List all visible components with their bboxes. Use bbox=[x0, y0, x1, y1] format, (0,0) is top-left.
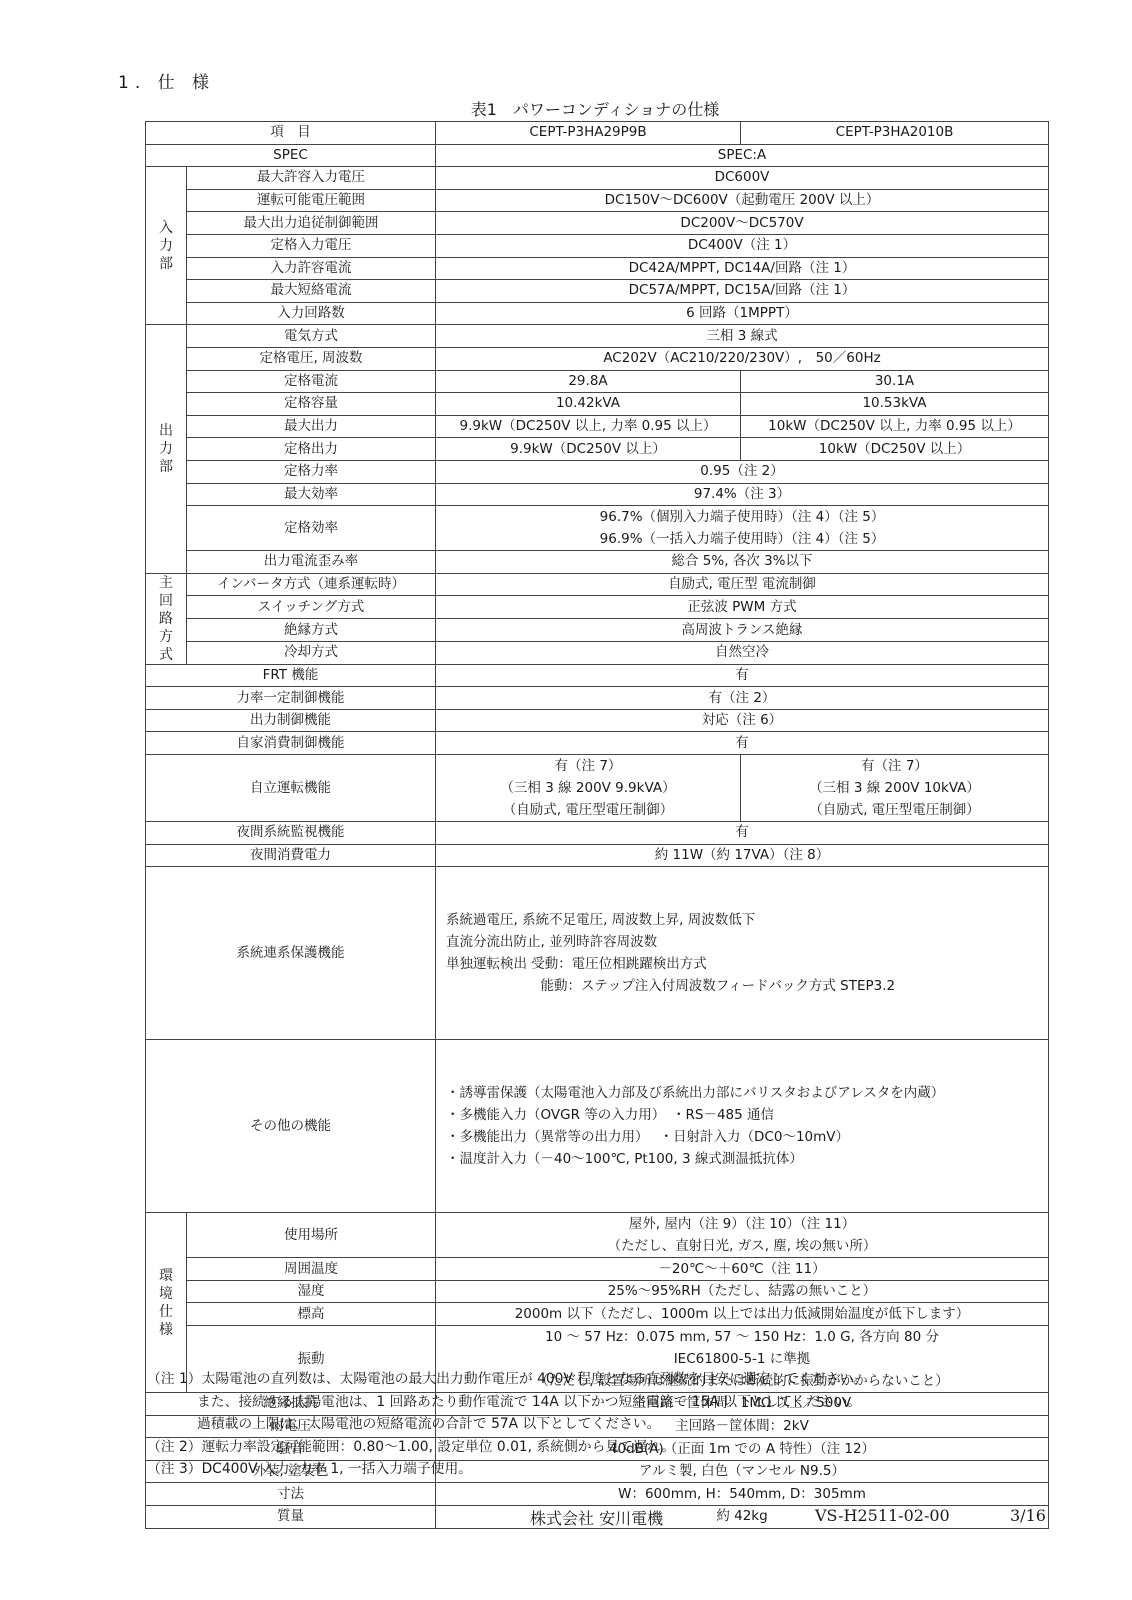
row-value: 2000m 以下（ただし、1000m 以上では出力低減開始温度が低下します） bbox=[436, 1303, 1049, 1326]
table-row: 最大出力追従制御範囲DC200V～DC570V bbox=[146, 212, 1049, 235]
table-row: 系統連系保護機能 系統過電圧, 系統不足電圧, 周波数上昇, 周波数低下直流分流… bbox=[146, 867, 1049, 1040]
table-row: 出力制御機能対応（注 6） bbox=[146, 709, 1049, 732]
row-label: 寸法 bbox=[146, 1483, 436, 1506]
row-value: DC42A/MPPT, DC14A/回路（注 1） bbox=[436, 257, 1049, 280]
notes: （注 1）太陽電池の直列数は、太陽電池の最大出力動作電圧が 400V 程度となる… bbox=[147, 1368, 867, 1481]
footer-company: 株式会社 安川電機 bbox=[530, 1506, 663, 1529]
header-model-b: CEPT-P3HA2010B bbox=[741, 122, 1049, 145]
row-value-b: 10kW（DC250V 以上, 力率 0.95 以上） bbox=[741, 415, 1049, 438]
table-row: 最大出力9.9kW（DC250V 以上, 力率 0.95 以上）10kW（DC2… bbox=[146, 415, 1049, 438]
row-value: DC57A/MPPT, DC15A/回路（注 1） bbox=[436, 280, 1049, 303]
table-row: 入力部 最大許容入力電圧 DC600V bbox=[146, 167, 1049, 190]
table-row: 定格電流29.8A30.1A bbox=[146, 370, 1049, 393]
row-value: DC400V（注 1） bbox=[436, 234, 1049, 257]
row-value: 25%～95%RH（ただし、結露の無いこと） bbox=[436, 1280, 1049, 1303]
row-label: 最大効率 bbox=[187, 483, 436, 506]
table-row: 自家消費制御機能有 bbox=[146, 732, 1049, 755]
table-row: 入力許容電流DC42A/MPPT, DC14A/回路（注 1） bbox=[146, 257, 1049, 280]
table-row: 力率一定制御機能有（注 2） bbox=[146, 687, 1049, 710]
row-value: 高周波トランス絶縁 bbox=[436, 619, 1049, 642]
row-value-a: 29.8A bbox=[436, 370, 741, 393]
row-label: 電気方式 bbox=[187, 325, 436, 348]
table-row: 定格力率0.95（注 2） bbox=[146, 460, 1049, 483]
row-value: 約 11W（約 17VA）（注 8） bbox=[436, 844, 1049, 867]
row-label: 定格容量 bbox=[187, 393, 436, 416]
row-label: 質量 bbox=[146, 1506, 436, 1529]
table-row: 定格出力9.9kW（DC250V 以上）10kW（DC250V 以上） bbox=[146, 438, 1049, 461]
row-label: その他の機能 bbox=[146, 1040, 436, 1213]
row-value: DC600V bbox=[436, 167, 1049, 190]
row-value: 有（注 2） bbox=[436, 687, 1049, 710]
row-value: 総合 5%, 各次 3%以下 bbox=[436, 551, 1049, 574]
row-value: －20℃～＋60℃（注 11） bbox=[436, 1258, 1049, 1281]
row-value: DC200V～DC570V bbox=[436, 212, 1049, 235]
row-value-b: 10kW（DC250V 以上） bbox=[741, 438, 1049, 461]
header-model-a: CEPT-P3HA29P9B bbox=[436, 122, 741, 145]
row-label: 冷却方式 bbox=[187, 641, 436, 664]
table-row: 冷却方式自然空冷 bbox=[146, 641, 1049, 664]
header-item: 項 目 bbox=[146, 122, 436, 145]
row-label: 標高 bbox=[187, 1303, 436, 1326]
row-value-a: 9.9kW（DC250V 以上, 力率 0.95 以上） bbox=[436, 415, 741, 438]
row-value-a: 10.42kVA bbox=[436, 393, 741, 416]
row-value: 自励式, 電圧型 電流制御 bbox=[436, 573, 1049, 596]
row-label: 最大短絡電流 bbox=[187, 280, 436, 303]
row-label: 出力制御機能 bbox=[146, 709, 436, 732]
row-label: 定格力率 bbox=[187, 460, 436, 483]
row-label: 入力回路数 bbox=[187, 302, 436, 325]
note-2: （注 2）運転力率設定可能範囲：0.80～1.00, 設定単位 0.01, 系統… bbox=[147, 1436, 867, 1459]
row-value: 6 回路（1MPPT） bbox=[436, 302, 1049, 325]
row-value: 系統過電圧, 系統不足電圧, 周波数上昇, 周波数低下直流分流出防止, 並列時許… bbox=[436, 867, 1049, 1040]
group-label-input: 入力部 bbox=[146, 167, 187, 325]
table-row: 定格電圧, 周波数AC202V（AC210/220/230V）, 50／60Hz bbox=[146, 347, 1049, 370]
row-label: 定格入力電圧 bbox=[187, 234, 436, 257]
row-value-b: 30.1A bbox=[741, 370, 1049, 393]
row-value: 対応（注 6） bbox=[436, 709, 1049, 732]
table-row: 夜間消費電力約 11W（約 17VA）（注 8） bbox=[146, 844, 1049, 867]
footer-doc-number: VS-H2511-02-00 bbox=[815, 1506, 950, 1525]
row-label: 夜間消費電力 bbox=[146, 844, 436, 867]
row-value: 有 bbox=[436, 664, 1049, 687]
row-label: 入力許容電流 bbox=[187, 257, 436, 280]
row-label: FRT 機能 bbox=[146, 664, 436, 687]
table-row: 環境仕様 使用場所 屋外, 屋内（注 9）（注 10）（注 11）（ただし、直射… bbox=[146, 1213, 1049, 1258]
group-label-circuit: 主回路方式 bbox=[146, 573, 187, 664]
table-row: 最大効率97.4%（注 3） bbox=[146, 483, 1049, 506]
row-label: スイッチング方式 bbox=[187, 596, 436, 619]
note-1: （注 1）太陽電池の直列数は、太陽電池の最大出力動作電圧が 400V 程度となる… bbox=[147, 1368, 867, 1391]
table-row: 絶縁方式高周波トランス絶縁 bbox=[146, 619, 1049, 642]
table-row: FRT 機能有 bbox=[146, 664, 1049, 687]
row-value: SPEC:A bbox=[436, 144, 1049, 167]
row-value-a: 9.9kW（DC250V 以上） bbox=[436, 438, 741, 461]
table-caption: 表1 パワーコンディショナの仕様 bbox=[0, 97, 1132, 120]
table-row: その他の機能 ・誘導雷保護（太陽電池入力部及び系統出力部にバリスタおよびアレスタ… bbox=[146, 1040, 1049, 1213]
table-row: 湿度25%～95%RH（ただし、結露の無いこと） bbox=[146, 1280, 1049, 1303]
row-label: 定格効率 bbox=[187, 506, 436, 551]
row-label: 自立運転機能 bbox=[146, 755, 436, 822]
table-row: 標高2000m 以下（ただし、1000m 以上では出力低減開始温度が低下します） bbox=[146, 1303, 1049, 1326]
row-value: 97.4%（注 3） bbox=[436, 483, 1049, 506]
row-label: 定格電流 bbox=[187, 370, 436, 393]
table-header-row: 項 目 CEPT-P3HA29P9B CEPT-P3HA2010B bbox=[146, 122, 1049, 145]
row-value: 約 42kg bbox=[436, 1506, 1049, 1529]
footer-page-number: 3/16 bbox=[1010, 1506, 1046, 1525]
row-value: 屋外, 屋内（注 9）（注 10）（注 11）（ただし、直射日光, ガス, 塵,… bbox=[436, 1213, 1049, 1258]
table-row: SPEC SPEC:A bbox=[146, 144, 1049, 167]
group-label-env: 環境仕様 bbox=[146, 1213, 187, 1393]
row-value: 三相 3 線式 bbox=[436, 325, 1049, 348]
table-row: 自立運転機能 有（注 7）（三相 3 線 200V 9.9kVA）（自励式, 電… bbox=[146, 755, 1049, 822]
table-row: 出力電流歪み率総合 5%, 各次 3%以下 bbox=[146, 551, 1049, 574]
row-value: 0.95（注 2） bbox=[436, 460, 1049, 483]
table-row: 夜間系統監視機能有 bbox=[146, 822, 1049, 845]
group-label-output: 出力部 bbox=[146, 325, 187, 573]
row-label: 系統連系保護機能 bbox=[146, 867, 436, 1040]
row-value: W：600mm, H：540mm, D：305mm bbox=[436, 1483, 1049, 1506]
row-label: 最大許容入力電圧 bbox=[187, 167, 436, 190]
row-label: 使用場所 bbox=[187, 1213, 436, 1258]
row-label: SPEC bbox=[146, 144, 436, 167]
row-value-a: 有（注 7）（三相 3 線 200V 9.9kVA）（自励式, 電圧型電圧制御） bbox=[436, 755, 741, 822]
row-label: 運転可能電圧範囲 bbox=[187, 189, 436, 212]
row-label: 定格出力 bbox=[187, 438, 436, 461]
row-label: 自家消費制御機能 bbox=[146, 732, 436, 755]
row-value: 有 bbox=[436, 822, 1049, 845]
note-1-cont: また、接続する太陽電池は、1 回路あたり動作電流で 14A 以下かつ短絡電流で … bbox=[147, 1391, 867, 1414]
row-value: DC150V～DC600V（起動電圧 200V 以上） bbox=[436, 189, 1049, 212]
table-row: 運転可能電圧範囲DC150V～DC600V（起動電圧 200V 以上） bbox=[146, 189, 1049, 212]
spec-table: 項 目 CEPT-P3HA29P9B CEPT-P3HA2010B SPEC S… bbox=[145, 121, 1049, 1529]
row-label: 定格電圧, 周波数 bbox=[187, 347, 436, 370]
row-label: 力率一定制御機能 bbox=[146, 687, 436, 710]
table-row: 定格容量10.42kVA10.53kVA bbox=[146, 393, 1049, 416]
table-row: 主回路方式 インバータ方式（連系運転時） 自励式, 電圧型 電流制御 bbox=[146, 573, 1049, 596]
row-label: 最大出力 bbox=[187, 415, 436, 438]
table-row: 周囲温度－20℃～＋60℃（注 11） bbox=[146, 1258, 1049, 1281]
row-label: 最大出力追従制御範囲 bbox=[187, 212, 436, 235]
row-value: 有 bbox=[436, 732, 1049, 755]
table-row: スイッチング方式正弦波 PWM 方式 bbox=[146, 596, 1049, 619]
row-label: 出力電流歪み率 bbox=[187, 551, 436, 574]
note-1-cont: 過積載の上限は、太陽電池の短絡電流の合計で 57A 以下としてください。 bbox=[147, 1413, 867, 1436]
table-row: 定格入力電圧DC400V（注 1） bbox=[146, 234, 1049, 257]
row-value: ・誘導雷保護（太陽電池入力部及び系統出力部にバリスタおよびアレスタを内蔵）・多機… bbox=[436, 1040, 1049, 1213]
row-value-b: 10.53kVA bbox=[741, 393, 1049, 416]
table-row: 寸法W：600mm, H：540mm, D：305mm bbox=[146, 1483, 1049, 1506]
row-value-b: 有（注 7）（三相 3 線 200V 10kVA）（自励式, 電圧型電圧制御） bbox=[741, 755, 1049, 822]
row-label: インバータ方式（連系運転時） bbox=[187, 573, 436, 596]
table-row: 最大短絡電流DC57A/MPPT, DC15A/回路（注 1） bbox=[146, 280, 1049, 303]
table-row: 定格効率 96.7%（個別入力端子使用時）（注 4）（注 5）96.9%（一括入… bbox=[146, 506, 1049, 551]
table-row: 出力部 電気方式 三相 3 線式 bbox=[146, 325, 1049, 348]
row-value: 96.7%（個別入力端子使用時）（注 4）（注 5）96.9%（一括入力端子使用… bbox=[436, 506, 1049, 551]
row-value: AC202V（AC210/220/230V）, 50／60Hz bbox=[436, 347, 1049, 370]
table-row: 入力回路数6 回路（1MPPT） bbox=[146, 302, 1049, 325]
row-value: 自然空冷 bbox=[436, 641, 1049, 664]
note-3: （注 3）DC400V 入力, 力率 1, 一括入力端子使用。 bbox=[147, 1458, 867, 1481]
section-title: 1. 仕 様 bbox=[118, 68, 215, 93]
row-label: 絶縁方式 bbox=[187, 619, 436, 642]
row-value: 正弦波 PWM 方式 bbox=[436, 596, 1049, 619]
row-label: 夜間系統監視機能 bbox=[146, 822, 436, 845]
row-label: 湿度 bbox=[187, 1280, 436, 1303]
row-label: 周囲温度 bbox=[187, 1258, 436, 1281]
